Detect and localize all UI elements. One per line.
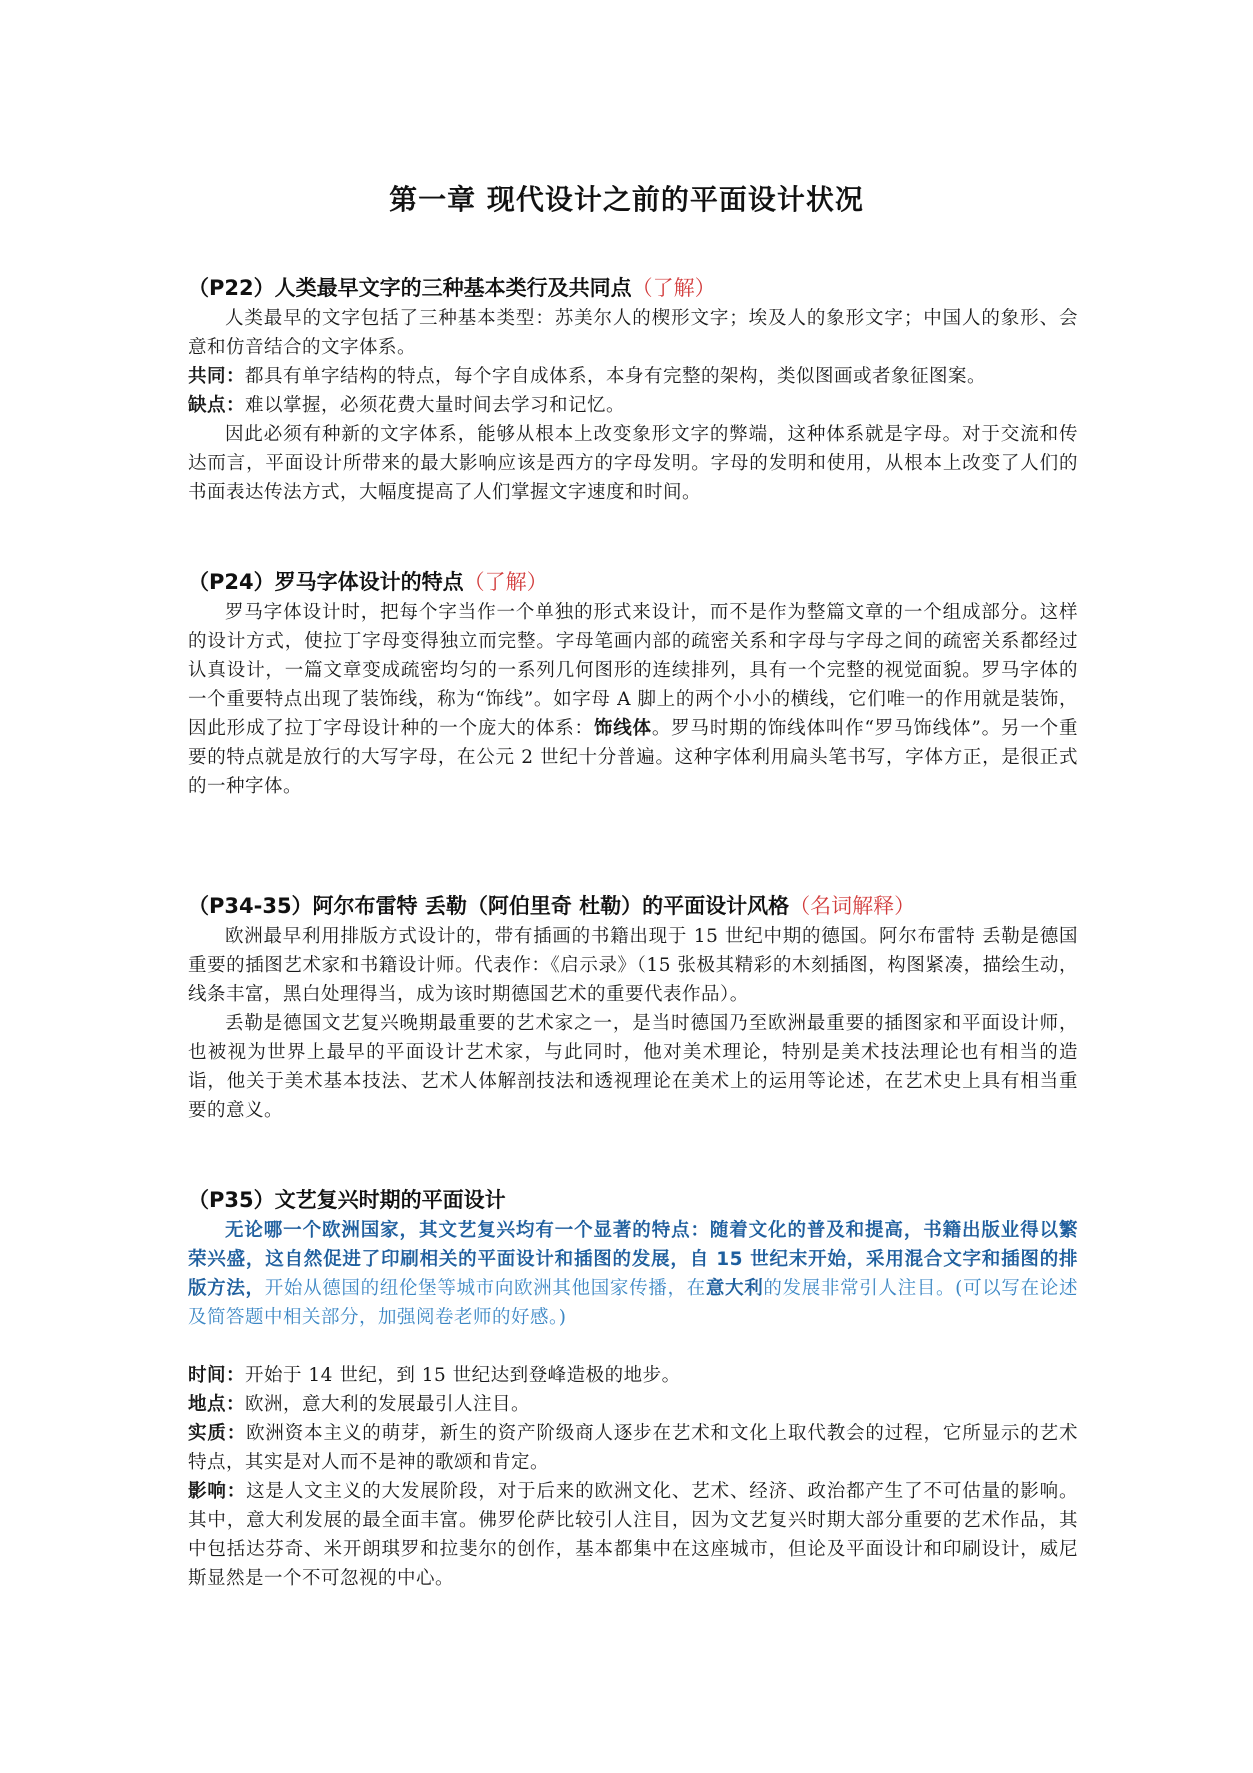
item-text: 欧洲资本主义的萌芽，新生的资产阶级商人逐步在艺术和文化上取代教会的过程，它所显示…	[188, 1423, 1078, 1473]
section-heading: （P24）罗马字体设计的特点（了解）	[188, 566, 1078, 598]
bold-term: 饰线体	[594, 718, 652, 739]
item-label: 影响：	[188, 1481, 246, 1502]
item-label: 实质：	[188, 1423, 246, 1444]
section-p22: （P22）人类最早文字的三种基本类行及共同点（了解） 人类最早的文字包括了三种基…	[188, 272, 1078, 507]
list-item: 时间：开始于 14 世纪，到 15 世纪达到登峰造极的地步。	[188, 1361, 1078, 1390]
item-text: 开始于 14 世纪，到 15 世纪达到登峰造极的地步。	[245, 1365, 681, 1386]
list-item: 实质：欧洲资本主义的萌芽，新生的资产阶级商人逐步在艺术和文化上取代教会的过程，它…	[188, 1419, 1078, 1477]
paragraph-text: 都具有单字结构的特点，每个字自成体系，本身有完整的架构，类似图画或者象征图案。	[245, 366, 986, 387]
section-heading: （P22）人类最早文字的三种基本类行及共同点（了解）	[188, 272, 1078, 304]
heading-text: （P22）人类最早文字的三种基本类行及共同点	[188, 276, 632, 300]
highlight-bold-text: 意大利	[706, 1278, 764, 1299]
paragraph: 因此必须有种新的文字体系，能够从根本上改变象形文字的弊端，这种体系就是字母。对于…	[188, 420, 1078, 507]
list-item: 影响：这是人文主义的大发展阶段，对于后来的欧洲文化、艺术、经济、政治都产生了不可…	[188, 1477, 1078, 1593]
item-label: 地点：	[188, 1394, 245, 1415]
list-item: 地点：欧洲，意大利的发展最引人注目。	[188, 1390, 1078, 1419]
paragraph: 共同：都具有单字结构的特点，每个字自成体系，本身有完整的架构，类似图画或者象征图…	[188, 362, 1078, 391]
tag-label: （了解）	[464, 570, 548, 594]
tag-label: （了解）	[632, 276, 716, 300]
item-text: 这是人文主义的大发展阶段，对于后来的欧洲文化、艺术、经济、政治都产生了不可估量的…	[188, 1481, 1078, 1589]
section-p34-35: （P34-35）阿尔布雷特 丢勒（阿伯里奇 杜勒）的平面设计风格（名词解释） 欧…	[188, 890, 1078, 1125]
paragraph: 人类最早的文字包括了三种基本类型：苏美尔人的楔形文字；埃及人的象形文字；中国人的…	[188, 304, 1078, 362]
section-heading: （P35）文艺复兴时期的平面设计	[188, 1184, 1078, 1216]
label-flaw: 缺点：	[188, 395, 245, 416]
item-text: 欧洲，意大利的发展最引人注目。	[245, 1394, 530, 1415]
paragraph: 罗马字体设计时，把每个字当作一个单独的形式来设计，而不是作为整篇文章的一个组成部…	[188, 598, 1078, 801]
tag-label: （名词解释）	[789, 894, 915, 918]
heading-text: （P35）文艺复兴时期的平面设计	[188, 1188, 506, 1212]
highlight-text: 开始从德国的纽伦堡等城市向欧洲其他国家传播，在	[265, 1278, 706, 1299]
spacer	[188, 1332, 1078, 1361]
paragraph: 缺点：难以掌握，必须花费大量时间去学习和记忆。	[188, 391, 1078, 420]
paragraph: 欧洲最早利用排版方式设计的，带有插画的书籍出现于 15 世纪中期的德国。阿尔布雷…	[188, 922, 1078, 1009]
highlight-paragraph: 无论哪一个欧洲国家，其文艺复兴均有一个显著的特点：随着文化的普及和提高，书籍出版…	[188, 1216, 1078, 1332]
chapter-title: 第一章 现代设计之前的平面设计状况	[0, 178, 1253, 218]
item-label: 时间：	[188, 1365, 245, 1386]
heading-text: （P34-35）阿尔布雷特 丢勒（阿伯里奇 杜勒）的平面设计风格	[188, 894, 789, 918]
heading-text: （P24）罗马字体设计的特点	[188, 570, 464, 594]
label-common: 共同：	[188, 366, 245, 387]
paragraph-text: 难以掌握，必须花费大量时间去学习和记忆。	[245, 395, 625, 416]
section-heading: （P34-35）阿尔布雷特 丢勒（阿伯里奇 杜勒）的平面设计风格（名词解释）	[188, 890, 1078, 922]
section-p24: （P24）罗马字体设计的特点（了解） 罗马字体设计时，把每个字当作一个单独的形式…	[188, 566, 1078, 801]
section-p35: （P35）文艺复兴时期的平面设计 无论哪一个欧洲国家，其文艺复兴均有一个显著的特…	[188, 1184, 1078, 1593]
document-page: 第一章 现代设计之前的平面设计状况 （P22）人类最早文字的三种基本类行及共同点…	[0, 0, 1253, 1773]
paragraph: 丢勒是德国文艺复兴晚期最重要的艺术家之一，是当时德国乃至欧洲最重要的插图家和平面…	[188, 1009, 1078, 1125]
